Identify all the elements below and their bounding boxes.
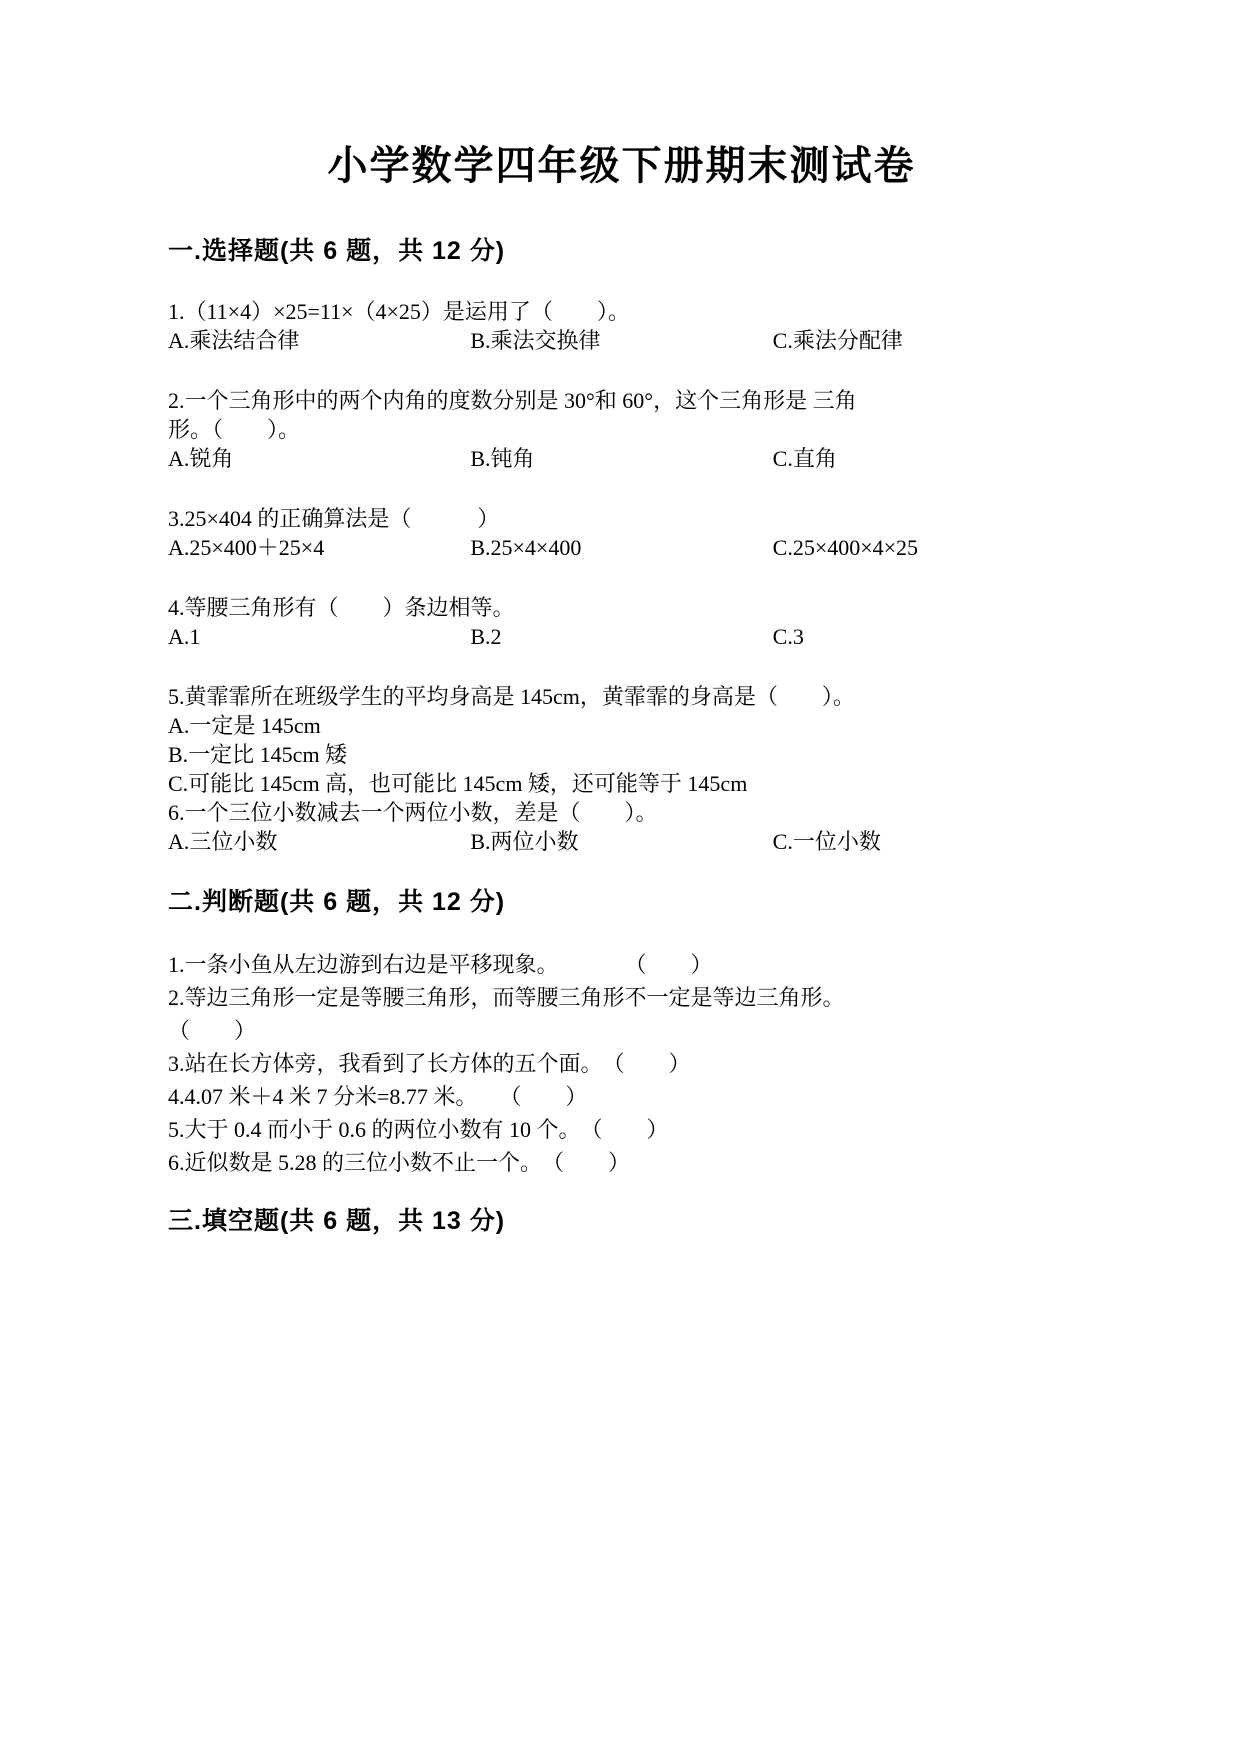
judge-item-2-line1: 2.等边三角形一定是等腰三角形，而等腰三角形不一定是等边三角形。	[168, 981, 1075, 1014]
choice-q6-text: 6.一个三位小数减去一个两位小数，差是（ ）。	[168, 798, 1075, 827]
section-true-false: 二.判断题(共 6 题，共 12 分) 1.一条小鱼从左边游到右边是平移现象。 …	[168, 887, 1075, 1179]
section-multiple-choice-heading: 一.选择题(共 6 题，共 12 分)	[168, 236, 1075, 267]
choice-q5-option-c: C.可能比 145cm 高，也可能比 145cm 矮，还可能等于 145cm	[168, 769, 1075, 798]
judge-item-1: 1.一条小鱼从左边游到右边是平移现象。 （ ）	[168, 948, 1075, 981]
section-true-false-heading: 二.判断题(共 6 题，共 12 分)	[168, 887, 1075, 918]
choice-q1-option-a: A.乘法结合律	[168, 326, 470, 355]
choice-q3-text: 3.25×404 的正确算法是（ ）	[168, 504, 1075, 533]
choice-q3-option-a: A.25×400＋25×4	[168, 533, 470, 562]
section-fill-blank: 三.填空题(共 6 题，共 13 分)	[168, 1206, 1075, 1237]
choice-q6-option-c: C.一位小数	[773, 827, 1075, 856]
choice-q6-options: A.三位小数 B.两位小数 C.一位小数	[168, 827, 1075, 856]
choice-q5-text: 5.黄霏霏所在班级学生的平均身高是 145cm，黄霏霏的身高是（ ）。	[168, 682, 1075, 711]
choice-q1-text: 1.（11×4）×25=11×（4×25）是运用了（ ）。	[168, 297, 1075, 326]
choice-q5-option-b: B.一定比 145cm 矮	[168, 740, 1075, 769]
choice-q2-options: A.锐角 B.钝角 C.直角	[168, 444, 1075, 473]
choice-q4-text: 4.等腰三角形有（ ）条边相等。	[168, 593, 1075, 622]
choice-q6-option-a: A.三位小数	[168, 827, 470, 856]
judge-item-6: 6.近似数是 5.28 的三位小数不止一个。 （ ）	[168, 1146, 1075, 1179]
choice-q2-text-line1: 2.一个三角形中的两个内角的度数分别是 30°和 60°，这个三角形是 三角	[168, 386, 1075, 415]
section-multiple-choice: 一.选择题(共 6 题，共 12 分) 1.（11×4）×25=11×（4×25…	[168, 236, 1075, 856]
page-title: 小学数学四年级下册期末测试卷	[168, 140, 1075, 192]
choice-q1-option-c: C.乘法分配律	[773, 326, 1075, 355]
choice-q2-option-c: C.直角	[773, 444, 1075, 473]
choice-q3-options: A.25×400＋25×4 B.25×4×400 C.25×400×4×25	[168, 533, 1075, 562]
exam-paper-page: 小学数学四年级下册期末测试卷 一.选择题(共 6 题，共 12 分) 1.（11…	[0, 0, 1241, 1755]
judge-item-2-line2: （ ）	[168, 1014, 1075, 1047]
true-false-list: 1.一条小鱼从左边游到右边是平移现象。 （ ） 2.等边三角形一定是等腰三角形，…	[168, 948, 1075, 1179]
choice-q2-option-b: B.钝角	[470, 444, 772, 473]
choice-q1-options: A.乘法结合律 B.乘法交换律 C.乘法分配律	[168, 326, 1075, 355]
judge-item-4: 4.4.07 米＋4 米 7 分米=8.77 米。 （ ）	[168, 1080, 1075, 1113]
choice-q4-option-a: A.1	[168, 622, 470, 651]
choice-q1-option-b: B.乘法交换律	[470, 326, 772, 355]
judge-item-3: 3.站在长方体旁，我看到了长方体的五个面。 （ ）	[168, 1047, 1075, 1080]
section-fill-blank-heading: 三.填空题(共 6 题，共 13 分)	[168, 1206, 1075, 1237]
choice-q3-option-c: C.25×400×4×25	[773, 533, 1075, 562]
choice-q2-text: 2.一个三角形中的两个内角的度数分别是 30°和 60°，这个三角形是 三角 形…	[168, 386, 1075, 444]
judge-item-2: 2.等边三角形一定是等腰三角形，而等腰三角形不一定是等边三角形。 （ ）	[168, 981, 1075, 1047]
choice-q4-option-b: B.2	[470, 622, 772, 651]
choice-q4-options: A.1 B.2 C.3	[168, 622, 1075, 651]
judge-item-5: 5.大于 0.4 而小于 0.6 的两位小数有 10 个。 （ ）	[168, 1113, 1075, 1146]
choice-q5-option-a: A.一定是 145cm	[168, 711, 1075, 740]
choice-q6-option-b: B.两位小数	[470, 827, 772, 856]
choice-q2-text-line2: 形。（ ）。	[168, 415, 1075, 444]
choice-q2-option-a: A.锐角	[168, 444, 470, 473]
choice-q3-option-b: B.25×4×400	[470, 533, 772, 562]
choice-q4-option-c: C.3	[773, 622, 1075, 651]
